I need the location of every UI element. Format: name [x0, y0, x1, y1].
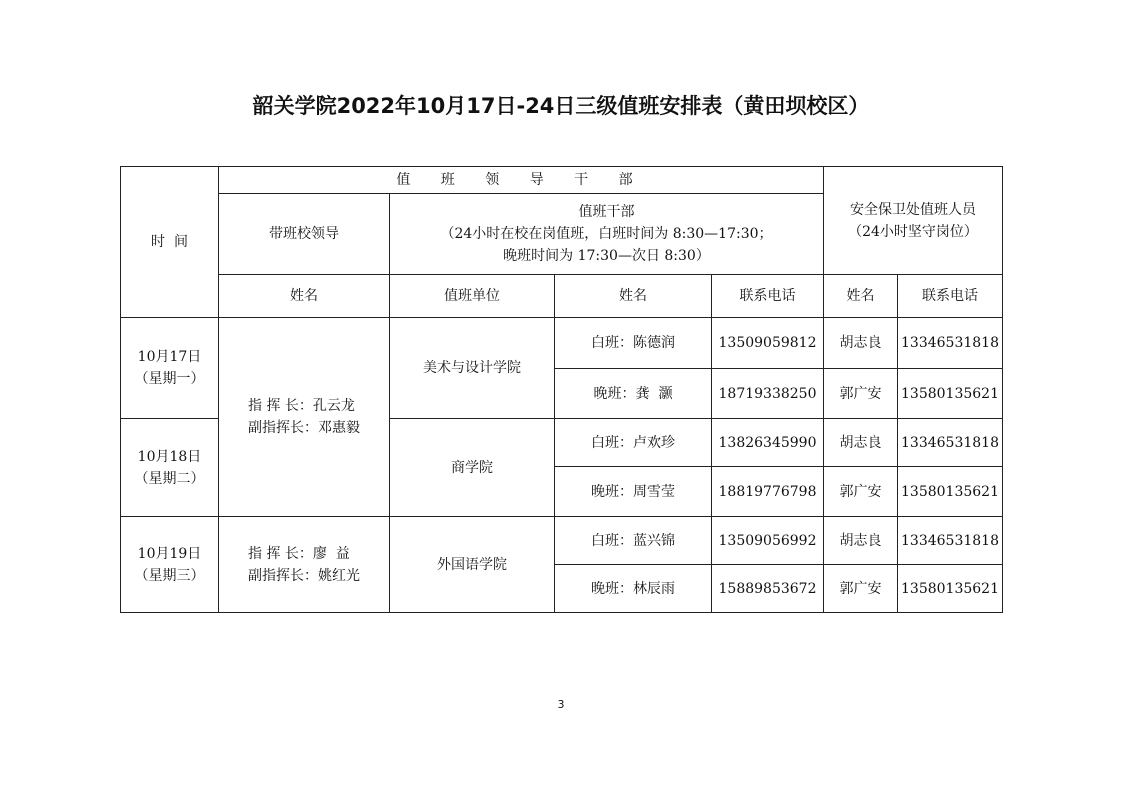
cadre-cell: 晚班：林辰雨 [555, 565, 712, 613]
unit-cell: 商学院 [390, 419, 555, 517]
duty-cadre-header: 值班干部 （24小时在校在岗值班，白班时间为 8:30—17:30； 晚班时间为… [390, 194, 824, 275]
cadre-cell: 白班：陈德润 [555, 318, 712, 369]
time-header: 时 间 [121, 167, 219, 318]
phone-cell: 18819776798 [712, 467, 824, 517]
date-cell: 10月17日（星期一） [121, 318, 219, 419]
col-unit: 值班单位 [390, 275, 555, 318]
cadre-cell: 晚班：龚 灏 [555, 369, 712, 419]
document-title: 韶关学院2022年10月17日-24日三级值班安排表（黄田坝校区） [0, 90, 1122, 120]
col-leader-name: 姓名 [219, 275, 390, 318]
school-leader-header: 带班校领导 [219, 194, 390, 275]
security-phone-cell: 13346531818 [898, 517, 1003, 565]
leader-cell: 指 挥 长：孔云龙副指挥长：邓惠毅 [219, 318, 390, 517]
cadre-cell: 晚班：周雪莹 [555, 467, 712, 517]
phone-cell: 13509059812 [712, 318, 824, 369]
phone-cell: 18719338250 [712, 369, 824, 419]
security-name-cell: 郭广安 [824, 565, 898, 613]
security-phone-cell: 13580135621 [898, 565, 1003, 613]
security-name-cell: 郭广安 [824, 369, 898, 419]
cadre-cell: 白班：蓝兴锦 [555, 517, 712, 565]
unit-cell: 美术与设计学院 [390, 318, 555, 419]
security-name-cell: 胡志良 [824, 517, 898, 565]
phone-cell: 15889853672 [712, 565, 824, 613]
col-security-phone: 联系电话 [898, 275, 1003, 318]
phone-cell: 13509056992 [712, 517, 824, 565]
security-header: 安全保卫处值班人员（24小时坚守岗位） [824, 167, 1003, 275]
leader-cell: 指 挥 长：廖 益副指挥长：姚红光 [219, 517, 390, 613]
security-phone-cell: 13580135621 [898, 369, 1003, 419]
cadre-cell: 白班：卢欢珍 [555, 419, 712, 467]
col-security-name: 姓名 [824, 275, 898, 318]
unit-cell: 外国语学院 [390, 517, 555, 613]
col-cadre-name: 姓名 [555, 275, 712, 318]
security-name-cell: 郭广安 [824, 467, 898, 517]
table-row: 10月17日（星期一） 指 挥 长：孔云龙副指挥长：邓惠毅 美术与设计学院 白班… [121, 318, 1003, 369]
security-name-cell: 胡志良 [824, 419, 898, 467]
date-cell: 10月18日（星期二） [121, 419, 219, 517]
date-cell: 10月19日（星期三） [121, 517, 219, 613]
col-cadre-phone: 联系电话 [712, 275, 824, 318]
security-phone-cell: 13346531818 [898, 318, 1003, 369]
page-number: 3 [0, 698, 1122, 711]
duty-leaders-header: 值 班 领 导 干 部 [219, 167, 824, 194]
table-row: 10月19日（星期三） 指 挥 长：廖 益副指挥长：姚红光 外国语学院 白班：蓝… [121, 517, 1003, 565]
phone-cell: 13826345990 [712, 419, 824, 467]
security-phone-cell: 13346531818 [898, 419, 1003, 467]
duty-schedule-table: 时 间 值 班 领 导 干 部 安全保卫处值班人员（24小时坚守岗位） 带班校领… [120, 166, 1003, 613]
security-phone-cell: 13580135621 [898, 467, 1003, 517]
security-name-cell: 胡志良 [824, 318, 898, 369]
